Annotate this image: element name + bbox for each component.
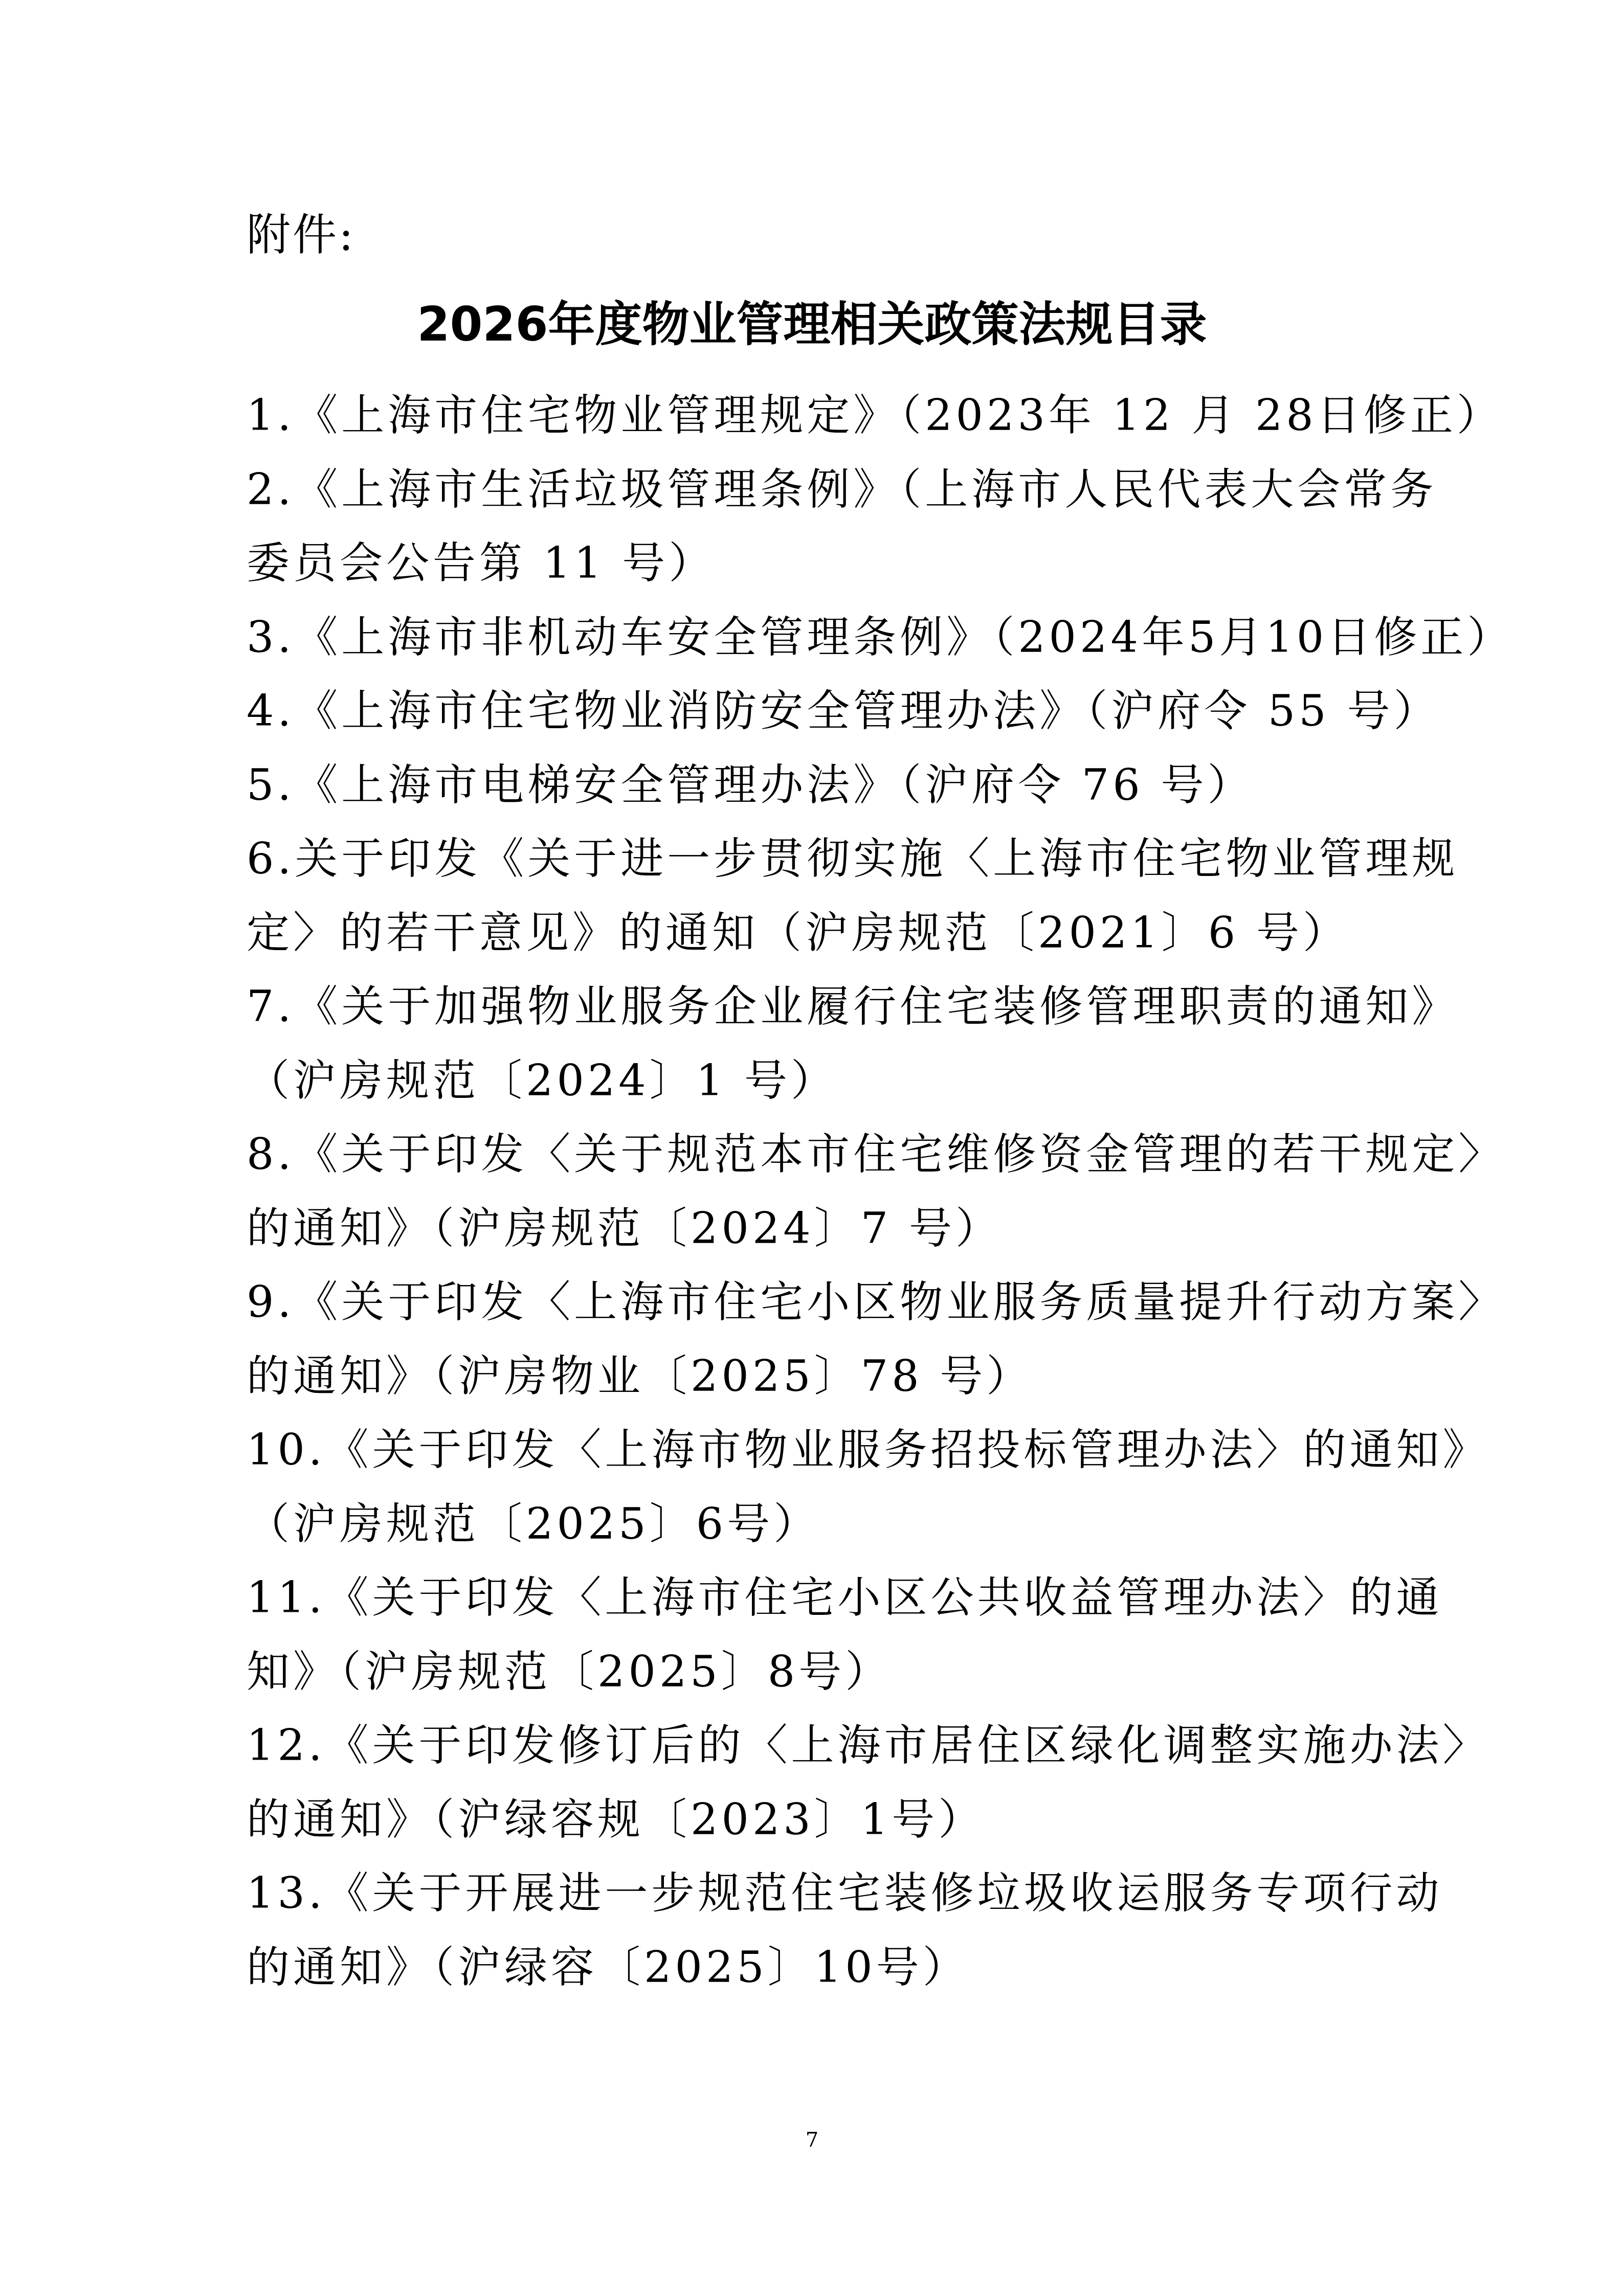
list-item-2-line-2: 委员会公告第 11 号） [247, 526, 1397, 600]
policy-list: 1.《上海市住宅物业管理规定》（2023年 12 月 28日修正） 2.《上海市… [247, 378, 1397, 2004]
list-item-5-line-1: 5.《上海市电梯安全管理办法》（沪府令 76 号） [247, 748, 1397, 822]
list-item-7-line-1: 7.《关于加强物业服务企业履行住宅装修管理职责的通知》 [247, 970, 1397, 1044]
list-item-12-line-1: 12.《关于印发修订后的〈上海市居住区绿化调整实施办法〉 [247, 1708, 1397, 1783]
list-item-3-line-1: 3.《上海市非机动车安全管理条例》（2024年5月10日修正） [247, 600, 1397, 674]
list-item-11-line-1: 11.《关于印发〈上海市住宅小区公共收益管理办法〉的通 [247, 1561, 1397, 1635]
list-item-6-line-1: 6.关于印发《关于进一步贯彻实施〈上海市住宅物业管理规 [247, 822, 1397, 896]
list-item-8-line-1: 8.《关于印发〈关于规范本市住宅维修资金管理的若干规定〉 [247, 1117, 1397, 1191]
list-item-13-line-1: 13.《关于开展进一步规范住宅装修垃圾收运服务专项行动 [247, 1856, 1397, 1930]
attachment-label: 附件: [247, 210, 355, 261]
list-item-1-line-1: 1.《上海市住宅物业管理规定》（2023年 12 月 28日修正） [247, 378, 1397, 453]
list-item-7-line-2: （沪房规范〔2024〕1 号） [247, 1044, 1397, 1118]
list-item-9-line-1: 9.《关于印发〈上海市住宅小区物业服务质量提升行动方案〉 [247, 1265, 1397, 1339]
page-number: 7 [0, 2127, 1624, 2153]
document-title: 2026年度物业管理相关政策法规目录 [0, 297, 1624, 353]
list-item-9-line-2: 的通知》（沪房物业〔2025〕78 号） [247, 1339, 1397, 1413]
list-item-10-line-1: 10.《关于印发〈上海市物业服务招投标管理办法〉的通知》 [247, 1413, 1397, 1487]
list-item-6-line-2: 定〉的若干意见》的通知（沪房规范〔2021〕6 号） [247, 896, 1397, 970]
list-item-4-line-1: 4.《上海市住宅物业消防安全管理办法》（沪府令 55 号） [247, 674, 1397, 748]
list-item-13-line-2: 的通知》（沪绿容〔2025〕10号） [247, 1930, 1397, 2005]
list-item-8-line-2: 的通知》（沪房规范〔2024〕7 号） [247, 1191, 1397, 1266]
document-page: 附件: 2026年度物业管理相关政策法规目录 1.《上海市住宅物业管理规定》（2… [0, 0, 1624, 2296]
list-item-2-line-1: 2.《上海市生活垃圾管理条例》（上海市人民代表大会常务 [247, 453, 1397, 527]
list-item-12-line-2: 的通知》（沪绿容规〔2023〕1号） [247, 1783, 1397, 1857]
list-item-10-line-2: （沪房规范〔2025〕6号） [247, 1487, 1397, 1561]
list-item-11-line-2: 知》（沪房规范〔2025〕8号） [247, 1635, 1397, 1709]
